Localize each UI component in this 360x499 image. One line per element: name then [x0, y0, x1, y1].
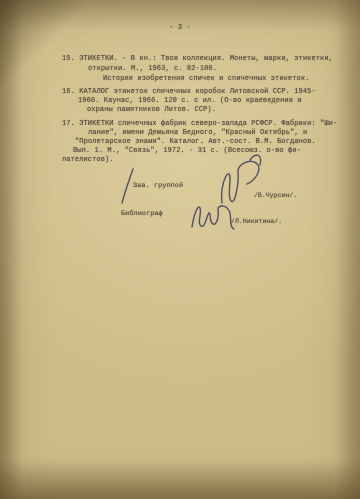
entry-16-line-2: 1960. Каунас, 1966. 120 с. с ил. (О-во к… [78, 97, 302, 106]
entry-15-line-3: История изобретения спичек и спичечных э… [103, 75, 309, 84]
entry-16-line-3: охраны памятников Литов. ССР). [87, 106, 216, 115]
pen-stroke-slash [122, 169, 133, 203]
entry-17-line-3: "Пролетарское знамя". Каталог. Авт.-сост… [75, 138, 316, 147]
signature-nikitina [192, 206, 234, 229]
entry-17-line-1: 17. ЭТИКЕТКИ спичечных фабрик северо-зап… [62, 120, 337, 129]
entry-16-line-1: 16. КАТАЛОГ этикеток спичечных коробок Л… [62, 88, 316, 97]
signature-chursin-flourish [250, 155, 261, 165]
signoff-name-chursin: /В.Чурсин/. [254, 191, 297, 200]
signoff-name-nikitina: /Л.Никитина/. [231, 217, 282, 226]
entry-17-line-5: лателистов). [62, 156, 114, 165]
signoff-role-bibliographer: Библиограф [121, 210, 163, 219]
entry-17-line-2: лание", имени Демьяна Бедного, "Красный … [88, 129, 307, 138]
signoff-role-head-of-group: Зав. группой [133, 182, 183, 191]
entry-15-line-1: 15. ЭТИКЕТКИ. - В кн.: Твоя коллекция. М… [62, 55, 333, 64]
page-number: - 3 - [0, 24, 360, 33]
entry-17-line-4: Вып. 1. М., "Связь", 1972. - 31 с. (Всес… [73, 147, 301, 156]
document-page: - 3 - 15. ЭТИКЕТКИ. - В кн.: Твоя коллек… [0, 0, 360, 499]
entry-15-line-2: открытки. М., 1963, с. 82-100. [88, 65, 217, 74]
